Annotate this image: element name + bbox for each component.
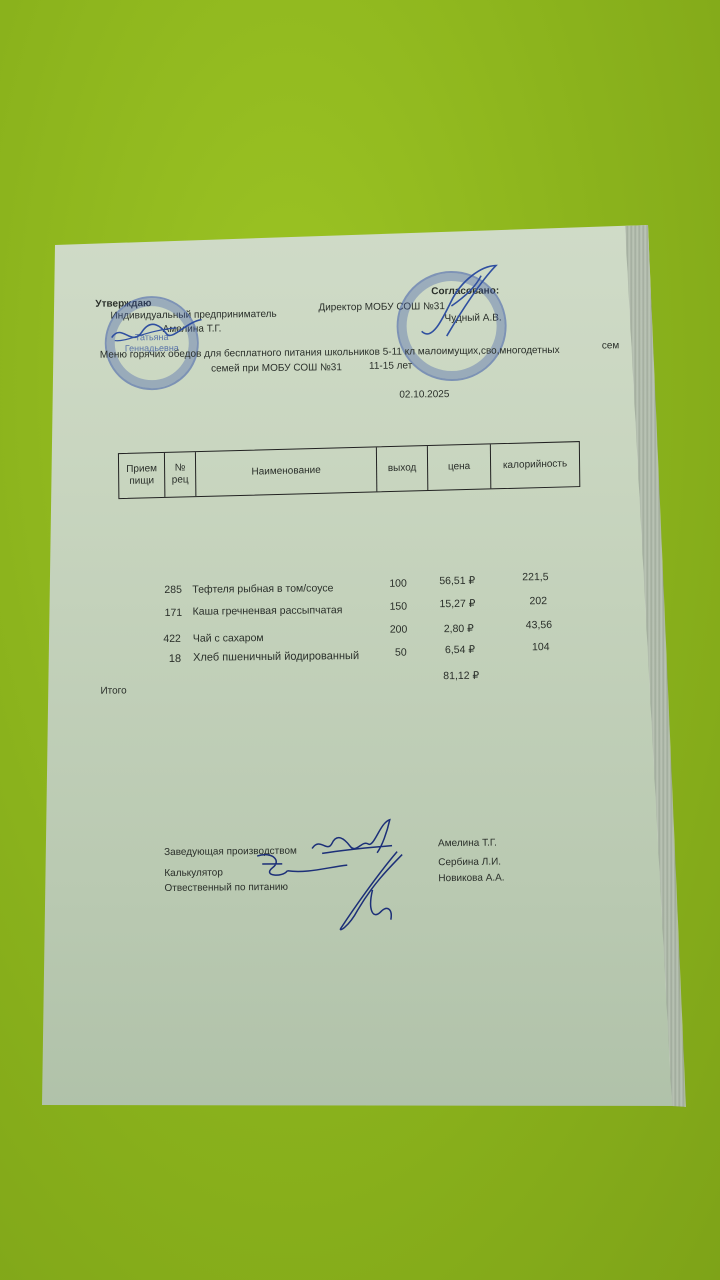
row-recipe: 285 bbox=[164, 584, 180, 596]
menu-title-line-2: семей при МОБУ СОШ №31 bbox=[211, 362, 342, 375]
row-price: 6,54 ₽ bbox=[445, 644, 475, 656]
row-calories: 221,5 bbox=[522, 571, 548, 583]
name-calculator: Сербина Л.И. bbox=[438, 857, 501, 870]
row-name: Каша гречненвая рассыпчатая bbox=[193, 604, 343, 618]
menu-title-tail: сем bbox=[602, 340, 620, 352]
row-price: 2,80 ₽ bbox=[444, 623, 474, 635]
row-calories: 43,56 bbox=[526, 619, 552, 631]
table-row: 171 Каша гречненвая рассыпчатая 150 15,2… bbox=[0, 0, 713, 4]
row-calories: 104 bbox=[532, 641, 550, 653]
col-price: цена bbox=[428, 444, 491, 490]
signature-nutrition-responsible-icon bbox=[332, 849, 413, 935]
name-nutrition-responsible: Новикова А.А. bbox=[438, 872, 504, 885]
signature-approver-icon bbox=[106, 312, 206, 353]
table-row: 18 Хлеб пшеничный йодированный 50 6,54 ₽… bbox=[0, 0, 713, 4]
table-row: 285 Тефтеля рыбная в том/соусе 100 56,51… bbox=[0, 0, 713, 4]
row-name: Тефтеля рыбная в том/соусе bbox=[192, 582, 333, 595]
total-price: 81,12 ₽ bbox=[443, 670, 479, 682]
col-name: Наименование bbox=[196, 447, 377, 496]
row-price: 15,27 ₽ bbox=[439, 598, 475, 610]
row-yield: 50 bbox=[395, 647, 407, 659]
col-recipe: № рец bbox=[165, 452, 196, 497]
total-label: Итого bbox=[100, 685, 126, 697]
menu-date: 02.10.2025 bbox=[399, 389, 449, 402]
table-header: Прием пищи № рец Наименование выход цена… bbox=[118, 441, 580, 499]
row-yield: 100 bbox=[389, 578, 407, 590]
row-recipe: 171 bbox=[165, 607, 181, 619]
row-calories: 202 bbox=[529, 595, 547, 607]
row-name: Чай с сахаром bbox=[193, 632, 264, 645]
role-calculator: Калькулятор bbox=[164, 867, 223, 880]
age-range: 11-15 лет bbox=[369, 360, 412, 372]
col-calories: калорийность bbox=[491, 442, 579, 488]
row-price: 56,51 ₽ bbox=[439, 575, 475, 587]
document-sheet: Утверждаю Индивидуальный предприниматель… bbox=[0, 0, 720, 1280]
col-meal: Прием пищи bbox=[119, 453, 165, 498]
col-yield: выход bbox=[377, 446, 428, 491]
row-yield: 150 bbox=[389, 601, 407, 613]
row-recipe: 18 bbox=[165, 653, 181, 665]
document-content: Утверждаю Индивидуальный предприниматель… bbox=[0, 0, 720, 1280]
table-row: 422 Чай с сахаром 200 2,80 ₽ 43,56 bbox=[0, 0, 713, 4]
row-recipe: 422 bbox=[162, 633, 181, 645]
row-yield: 200 bbox=[390, 624, 408, 636]
row-name: Хлеб пшеничный йодированный bbox=[193, 650, 359, 664]
name-production-head: Амелина Т.Г. bbox=[438, 838, 497, 851]
signature-director-icon bbox=[411, 261, 502, 352]
